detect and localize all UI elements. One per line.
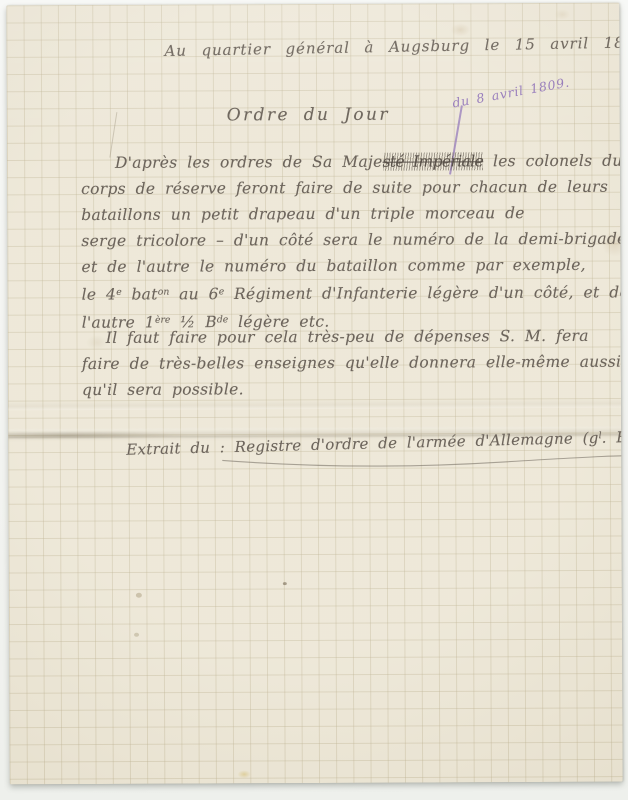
handwritten-text: bataillons un petit drapeau d'un triple … [81,204,525,224]
handwritten-text: Régiment d'Infanterie légère d'un côté, … [224,283,622,303]
ink-speck [283,582,287,585]
stain [450,23,470,36]
body-paragraph-1: D'après les ordres de Sa Majesté Impéria… [81,148,612,336]
manuscript-line: Il faut faire pour cela très-peu de dépe… [82,323,612,351]
manuscript-line: qu'il sera possible. [82,375,612,403]
handwritten-text: corps de réserve feront faire de suite p… [81,178,608,198]
annotation-date: du 8 avril 1809. [451,74,571,110]
manuscript-line: corps de réserve feront faire de suite p… [81,174,611,202]
handwritten-text: faire de très-belles enseignes qu'elle d… [82,353,623,373]
handwritten-text: au 6 [169,285,219,303]
handwritten-text: on [158,287,170,298]
stain [238,770,251,778]
manuscript-line: D'après les ordres de Sa Majesté Impéria… [81,148,611,176]
handwritten-text: qu'il sera possible. [82,380,244,399]
handwritten-text: les colonels du [483,152,623,171]
handwritten-text: le 4 [82,286,117,304]
struck-text: sté Impériale [383,152,484,170]
stain [554,9,570,20]
order-title: Ordre du Jour [227,105,390,126]
handwritten-text: serge tricolore – d'un côté sera le numé… [81,230,622,250]
handwritten-text: et de l'autre le numéro du bataillon com… [81,256,586,276]
underline-flourish [220,453,622,473]
manuscript-line: serge tricolore – d'un côté sera le numé… [81,226,611,254]
header-dateline: Au quartier général à Augsburg le 15 avr… [164,33,622,60]
body-paragraph-2: Il faut faire pour cela très-peu de dépe… [82,323,612,403]
ink-speck [136,593,142,598]
handwritten-text: . Espagne) [601,426,622,446]
handwritten-text: bat [122,285,158,303]
ink-speck [134,633,139,637]
handwritten-text: D'après les ordres de Sa Maje [115,153,383,172]
manuscript-line: faire de très-belles enseignes qu'elle d… [82,349,612,377]
manuscript-line: le 4e baton au 6e Régiment d'Infanterie … [82,278,612,308]
manuscript-line: et de l'autre le numéro du bataillon com… [81,252,611,280]
manuscript-page: Au quartier général à Augsburg le 15 avr… [6,3,622,785]
document-scan: Au quartier général à Augsburg le 15 avr… [0,0,628,800]
handwritten-text: Il faut faire pour cela très-peu de dépe… [106,327,589,347]
manuscript-line: bataillons un petit drapeau d'un triple … [81,200,611,228]
